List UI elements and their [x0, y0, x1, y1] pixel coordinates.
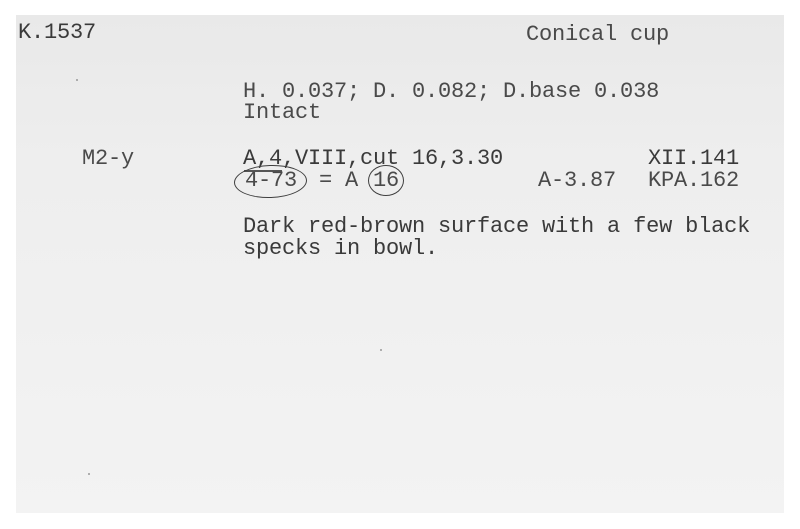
catalog-number: K.1537 — [18, 22, 96, 44]
plate-reference: XII.141 — [648, 148, 739, 170]
description: Dark red-brown surface with a few black … — [243, 216, 750, 260]
paper-speck — [76, 79, 78, 81]
object-type: Conical cup — [526, 24, 669, 46]
inventory-reference: KPA.162 — [648, 170, 739, 192]
equals-text: = A — [319, 170, 358, 192]
locus-code: M2-y — [82, 148, 134, 170]
hand-drawn-circle — [368, 165, 404, 196]
paper-speck — [88, 473, 90, 475]
catalog-card: K.1537 Conical cup H. 0.037; D. 0.082; D… — [16, 15, 784, 513]
paper-speck — [380, 349, 382, 351]
level: A-3.87 — [538, 170, 616, 192]
condition: Intact — [243, 102, 321, 124]
